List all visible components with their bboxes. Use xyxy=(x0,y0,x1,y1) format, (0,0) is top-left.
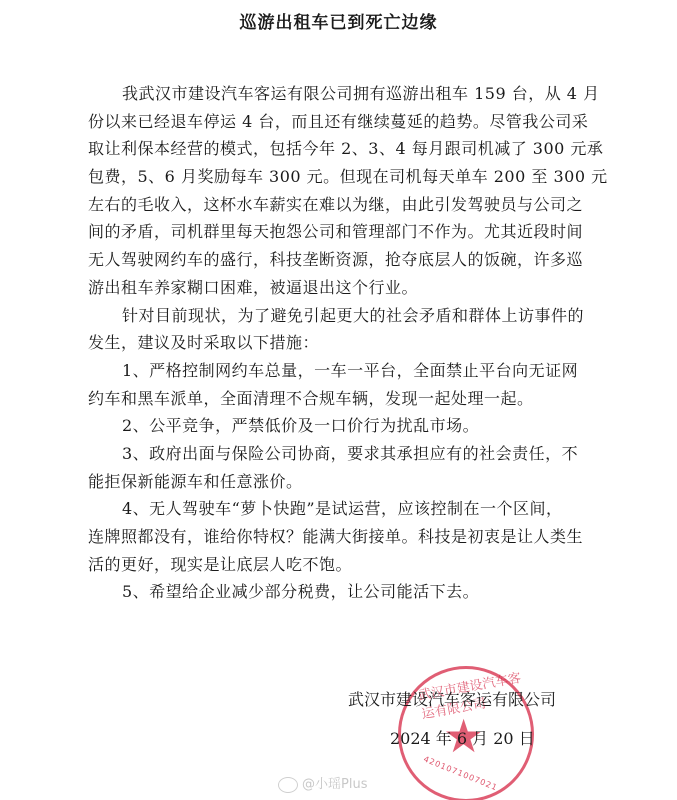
body-line: 间的矛盾，司机群里每天抱怨公司和管理部门不作为。尤其近段时间 xyxy=(88,218,610,246)
body-line: 取让利保本经营的模式，包括今年 2、3、4 每月跟司机减了 300 元承 xyxy=(88,135,610,163)
document-title: 巡游出租车已到死亡边缘 xyxy=(0,8,677,33)
list-item-3: 3、政府出面与保险公司协商，要求其承担应有的社会责任，不 xyxy=(88,440,610,468)
body-line: 份以来已经退车停运 4 台，而且还有继续蔓延的趋势。尽管我公司采 xyxy=(88,108,610,136)
signature-date: 2024 年 6 月 20 日 xyxy=(390,726,535,749)
body-line: 游出租车养家糊口困难，被逼退出这个行业。 xyxy=(88,274,610,302)
body-line: 无人驾驶网约车的盛行，科技垄断资源，抢夺底层人的饭碗，许多巡 xyxy=(88,246,610,274)
list-item-3-cont: 能拒保新能源车和任意涨价。 xyxy=(88,468,610,496)
body-line: 发生，建议及时采取以下措施： xyxy=(88,329,610,357)
list-item-4: 4、无人驾驶车“萝卜快跑”是试运营，应该控制在一个区间， xyxy=(88,495,610,523)
list-item-4-cont: 活的更好，现实是让底层人吃不饱。 xyxy=(88,551,610,579)
watermark: @小瑶Plus xyxy=(278,773,367,793)
document-body: 我武汉市建设汽车客运有限公司拥有巡游出租车 159 台，从 4 月 份以来已经退… xyxy=(88,80,610,606)
list-item-2: 2、公平竞争，严禁低价及一口价行为扰乱市场。 xyxy=(88,412,610,440)
body-line: 包费，5、6 月奖励每车 300 元。但现在司机每天单车 200 至 300 元 xyxy=(88,163,610,191)
list-item-1: 1、严格控制网约车总量，一车一平台，全面禁止平台向无证网 xyxy=(88,357,610,385)
list-item-5: 5、希望给企业减少部分税费，让公司能活下去。 xyxy=(88,578,610,606)
weibo-logo-icon xyxy=(278,777,298,793)
body-line: 针对目前现状，为了避免引起更大的社会矛盾和群体上访事件的 xyxy=(88,302,610,330)
list-item-1-cont: 约车和黑车派单，全面清理不合规车辆，发现一起处理一起。 xyxy=(88,385,610,413)
signature-company: 武汉市建设汽车客运有限公司 xyxy=(348,687,556,710)
watermark-text: @小瑶Plus xyxy=(302,777,367,792)
body-line: 左右的毛收入，这杯水车薪实在难以为继，由此引发驾驶员与公司之 xyxy=(88,191,610,219)
list-item-4-cont: 连牌照都没有，谁给你特权？能满大街接单。科技是初衷是让人类生 xyxy=(88,523,610,551)
body-line: 我武汉市建设汽车客运有限公司拥有巡游出租车 159 台，从 4 月 xyxy=(88,80,610,108)
